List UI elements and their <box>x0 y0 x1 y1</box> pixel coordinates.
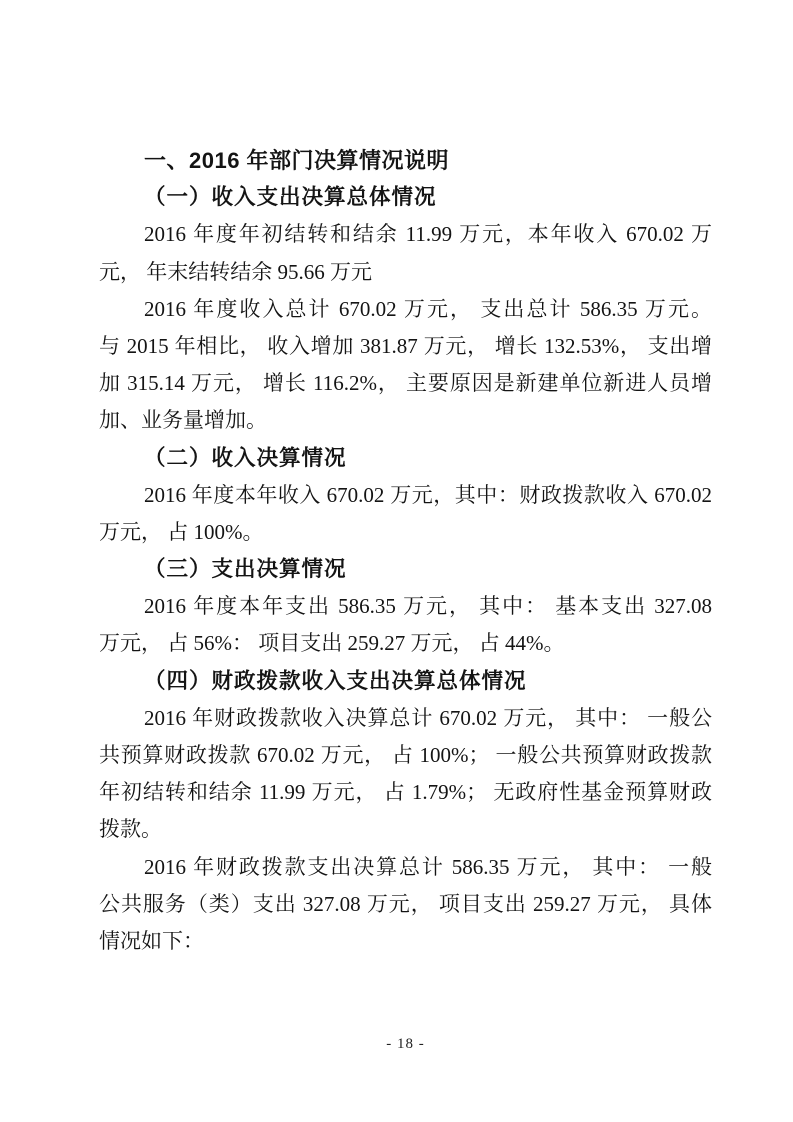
paragraph-line: 拨款。 <box>99 811 712 848</box>
paragraph-line: 万元， 占 56%： 项目支出 259.27 万元， 占 44%。 <box>99 625 712 662</box>
section-heading: 一、2016 年部门决算情况说明 <box>99 142 712 179</box>
subsection-heading-2: （二）收入决算情况 <box>99 440 712 477</box>
paragraph-line: 共预算财政拨款 670.02 万元， 占 100%； 一般公共预算财政拨款 <box>99 737 712 774</box>
paragraph-line: 2016 年财政拨款支出决算总计 586.35 万元， 其中： 一般 <box>99 849 712 886</box>
subsection-heading-3: （三）支出决算情况 <box>99 551 712 588</box>
paragraph-line: 2016 年度收入总计 670.02 万元， 支出总计 586.35 万元。 <box>99 291 712 328</box>
subsection-heading-1: （一）收入支出决算总体情况 <box>99 179 712 216</box>
paragraph-line: 元， 年末结转结余 95.66 万元 <box>99 254 712 291</box>
paragraph-line: 2016 年度年初结转和结余 11.99 万元，本年收入 670.02 万 <box>99 216 712 253</box>
paragraph-line: 万元， 占 100%。 <box>99 514 712 551</box>
paragraph-line: 公共服务（类）支出 327.08 万元， 项目支出 259.27 万元， 具体 <box>99 886 712 923</box>
paragraph-line: 2016 年财政拨款收入决算总计 670.02 万元， 其中： 一般公 <box>99 700 712 737</box>
paragraph-line: 情况如下： <box>99 923 712 960</box>
paragraph-line: 2016 年度本年支出 586.35 万元， 其中： 基本支出 327.08 <box>99 588 712 625</box>
paragraph-line: 加、业务量增加。 <box>99 402 712 439</box>
document-body: 一、2016 年部门决算情况说明 （一）收入支出决算总体情况 2016 年度年初… <box>99 142 712 960</box>
paragraph-line: 加 315.14 万元， 增长 116.2%， 主要原因是新建单位新进人员增 <box>99 365 712 402</box>
paragraph-line: 2016 年度本年收入 670.02 万元，其中：财政拨款收入 670.02 <box>99 477 712 514</box>
subsection-heading-4: （四）财政拨款收入支出决算总体情况 <box>99 663 712 700</box>
paragraph-line: 与 2015 年相比， 收入增加 381.87 万元， 增长 132.53%， … <box>99 328 712 365</box>
document-page: 一、2016 年部门决算情况说明 （一）收入支出决算总体情况 2016 年度年初… <box>0 0 793 1122</box>
paragraph-line: 年初结转和结余 11.99 万元， 占 1.79%； 无政府性基金预算财政 <box>99 774 712 811</box>
page-number: - 18 - <box>99 1036 712 1053</box>
